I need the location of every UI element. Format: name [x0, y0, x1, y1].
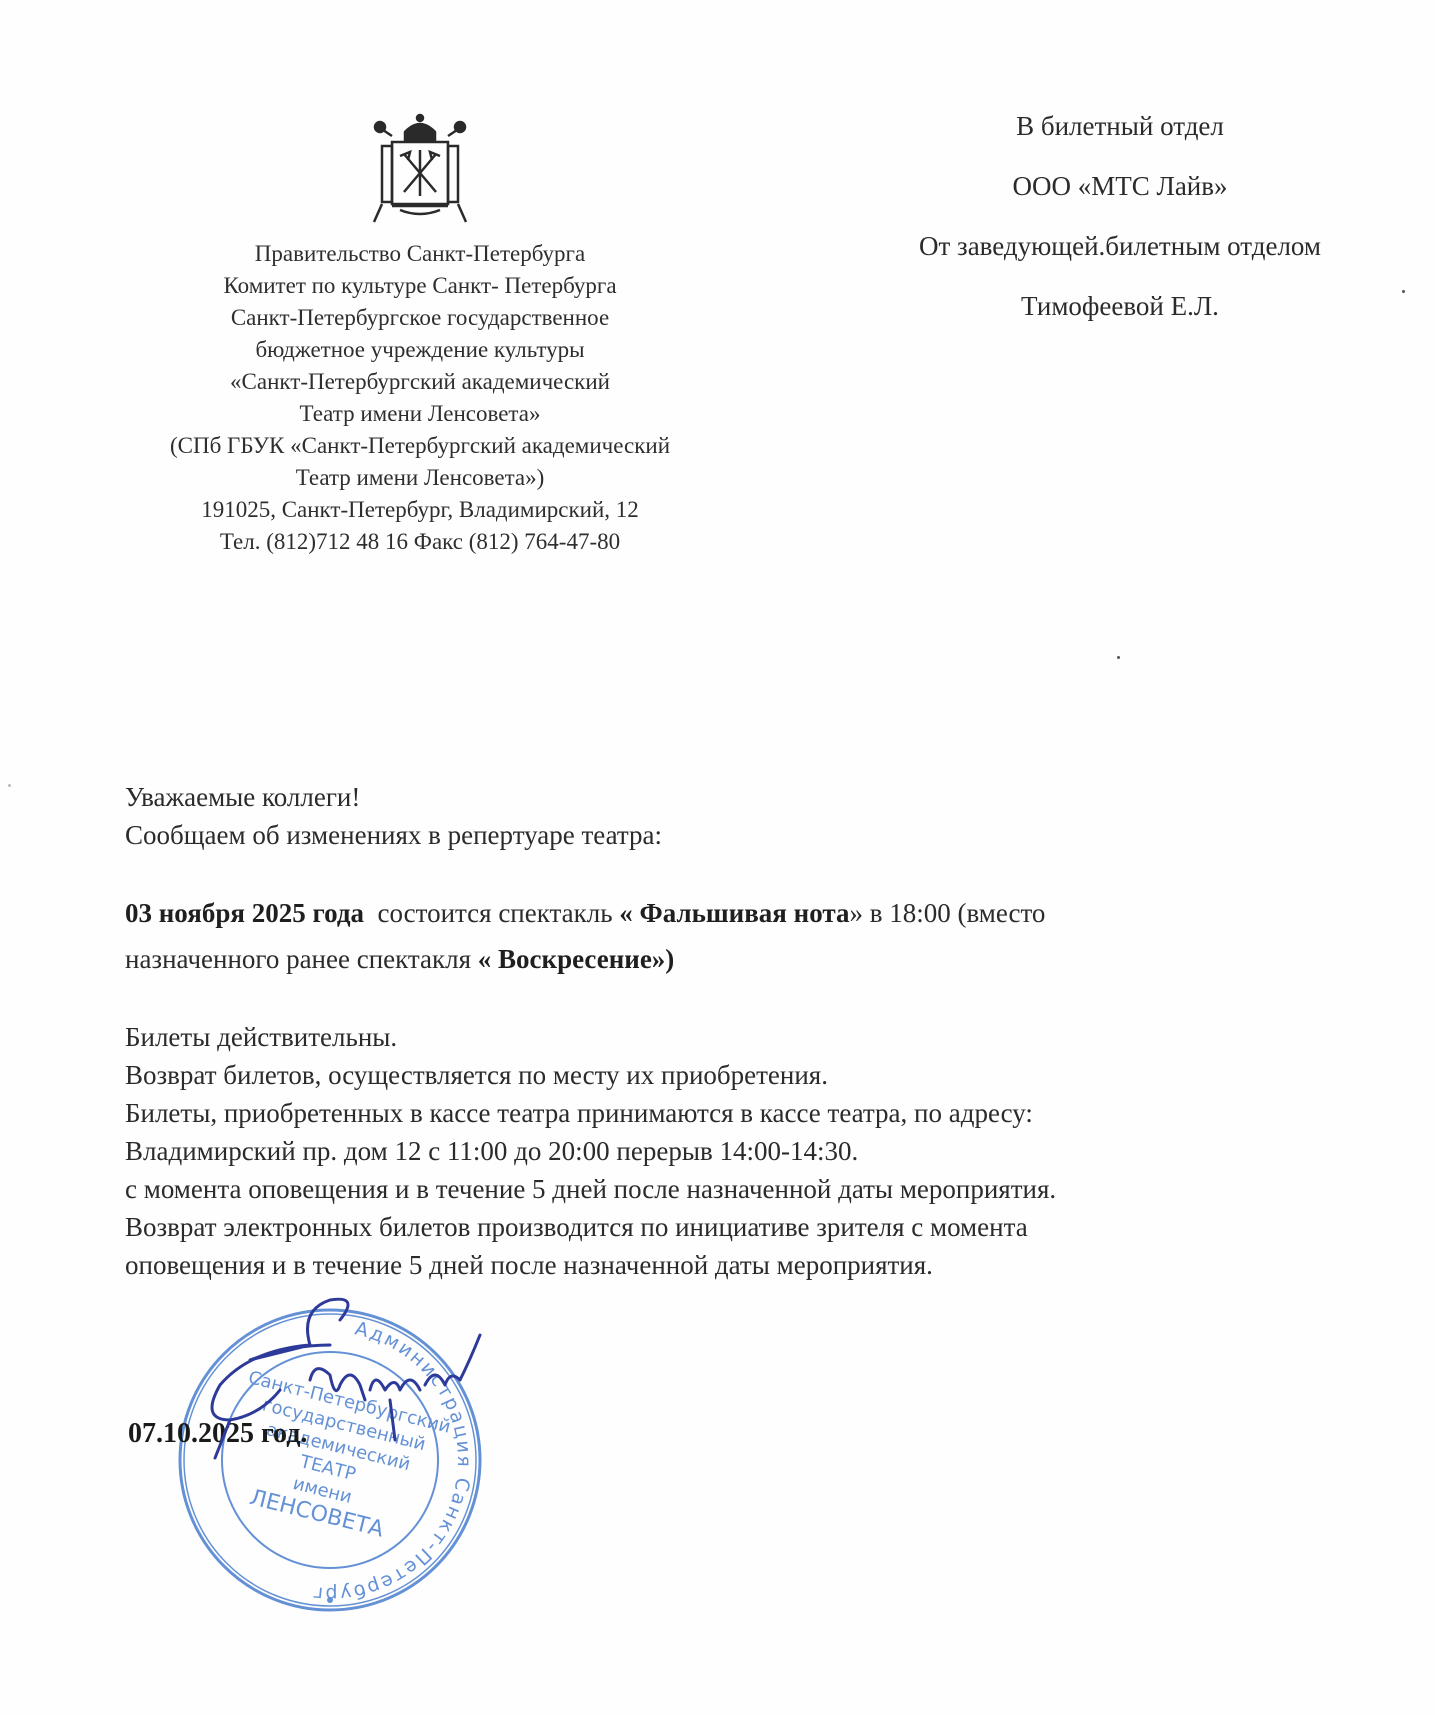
coat-of-arms-icon [370, 110, 470, 230]
ticket-notes: Билеты действительны. Возврат билетов, о… [125, 1018, 1325, 1284]
note-line: Билеты действительны. [125, 1018, 1325, 1056]
scan-speck [1402, 290, 1405, 293]
announcement-text: » в 18:00 (вместо [849, 898, 1045, 928]
event-date: 03 ноября 2025 года [125, 898, 364, 928]
announcement-text: состоится спектакль [364, 898, 619, 928]
addressee-company: ООО «МТС Лайв» [840, 156, 1400, 216]
intro-line: Сообщаем об изменениях в репертуаре теат… [125, 816, 1325, 854]
sender-name: Тимофеевой Е.Л. [840, 276, 1400, 336]
org-line: Театр имени Ленсовета» [110, 398, 730, 430]
handwritten-signature-icon [190, 1290, 530, 1460]
note-line: оповещения и в течение 5 дней после назн… [125, 1246, 1325, 1284]
announcement-text: назначенного ранее спектакля [125, 944, 478, 974]
addressee-department: В билетный отдел [840, 96, 1400, 156]
announcement-paragraph: 03 ноября 2025 года состоится спектакль … [125, 890, 1325, 982]
scan-speck [1117, 656, 1120, 659]
letter-page: Правительство Санкт-Петербурга Комитет п… [0, 0, 1435, 1715]
note-line: Владимирский пр. дом 12 с 11:00 до 20:00… [125, 1132, 1325, 1170]
org-line: Санкт-Петербургское государственное [110, 302, 730, 334]
org-line: Комитет по культуре Санкт- Петербурга [110, 270, 730, 302]
org-address: 191025, Санкт-Петербург, Владимирский, 1… [110, 494, 730, 526]
organization-details: Правительство Санкт-Петербурга Комитет п… [110, 238, 730, 558]
org-line: Правительство Санкт-Петербурга [110, 238, 730, 270]
letter-body: Уважаемые коллеги! Сообщаем об изменения… [125, 778, 1325, 1284]
org-line: бюджетное учреждение культуры [110, 334, 730, 366]
note-line: с момента оповещения и в течение 5 дней … [125, 1170, 1325, 1208]
org-line: Театр имени Ленсовета») [110, 462, 730, 494]
org-line: (СПб ГБУК «Санкт-Петербургский академиче… [110, 430, 730, 462]
addressee-block: В билетный отдел ООО «МТС Лайв» От завед… [840, 96, 1400, 336]
org-line: «Санкт-Петербургский академический [110, 366, 730, 398]
sender-title: От заведующей.билетным отделом [840, 216, 1400, 276]
new-show-title: « Фальшивая нота [619, 898, 849, 928]
note-line: Билеты, приобретенных в кассе театра при… [125, 1094, 1325, 1132]
note-line: Возврат электронных билетов производится… [125, 1208, 1325, 1246]
org-phone-fax: Тел. (812)712 48 16 Факс (812) 764-47-80 [110, 526, 730, 558]
letterhead: Правительство Санкт-Петербурга Комитет п… [110, 110, 730, 558]
scan-speck [8, 784, 11, 787]
greeting: Уважаемые коллеги! [125, 778, 1325, 816]
note-line: Возврат билетов, осуществляется по месту… [125, 1056, 1325, 1094]
old-show-title: « Воскресение») [478, 944, 675, 974]
